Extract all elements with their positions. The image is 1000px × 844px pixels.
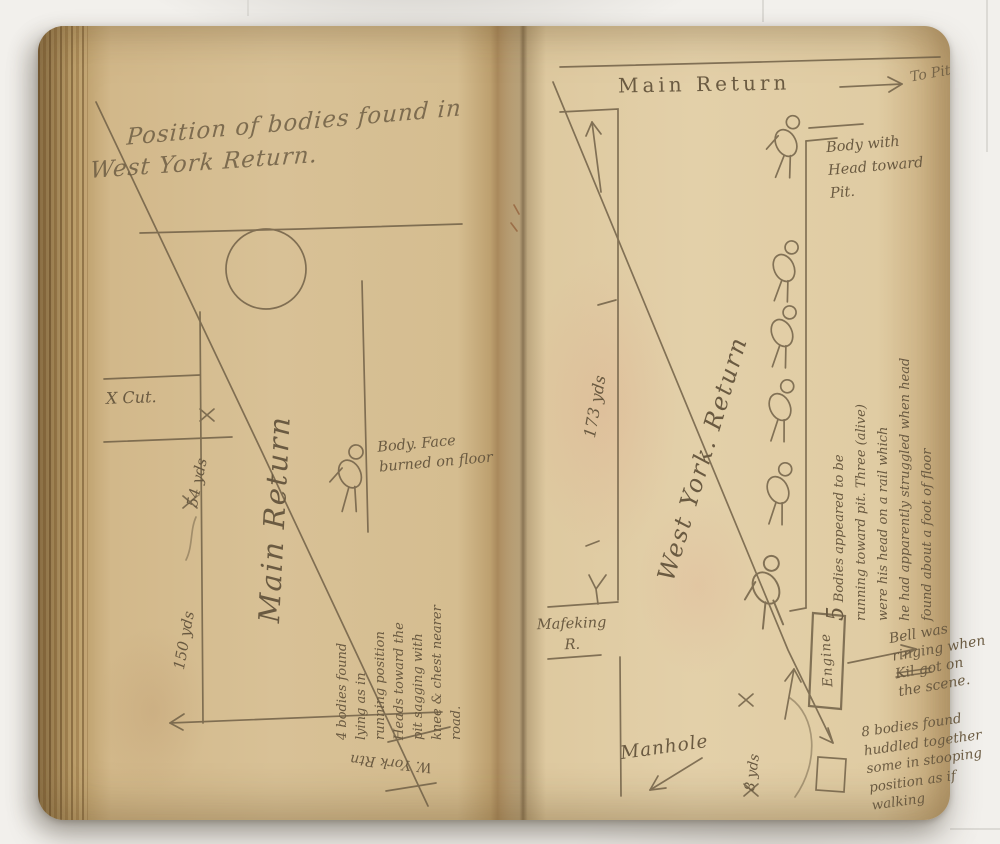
mafeking-label: Mafeking R.	[529, 613, 614, 658]
notebook-photo-scene: Position of bodies found in West York Re…	[0, 0, 1000, 844]
body-head-note: Body with Head toward Pit.	[825, 127, 946, 206]
body-figure-icon	[763, 115, 805, 180]
x-cut-label: X Cut.	[106, 387, 157, 408]
down-arrow-icon	[589, 575, 606, 604]
body-figure-icon	[762, 462, 797, 526]
eight-bodies-note: 8 bodies found huddled together some in …	[860, 705, 1000, 815]
curve-stroke	[790, 698, 812, 797]
engine-label: Engine	[818, 633, 837, 688]
bodies-found-note: 4 bodies found lying as in running posit…	[333, 505, 466, 740]
note-line: Mafeking	[529, 613, 614, 637]
note-line: road.	[447, 505, 466, 740]
page-top-rule	[560, 57, 940, 67]
note-line: knee & chest nearer	[428, 505, 447, 740]
manhole-box	[816, 757, 846, 792]
note-line: 4 bodies found	[333, 505, 352, 740]
shaft-circle	[226, 229, 306, 309]
note-line: Heads toward the	[390, 505, 409, 740]
five-bodies-note: 5 Bodies appeared to be running toward p…	[825, 291, 953, 621]
note-line: 5 Bodies appeared to be	[825, 291, 851, 621]
roadway-wall-line	[560, 109, 621, 796]
manhole-arrow-icon	[650, 758, 702, 790]
right-arrow-icon	[840, 77, 902, 92]
note-line: pit sagging with	[409, 505, 428, 740]
up-arrow-icon	[785, 669, 801, 719]
roadway-wall-line	[362, 281, 368, 532]
body-figure-icon	[766, 305, 800, 368]
note-line: were his head on a rail which	[873, 291, 895, 621]
roadway-wall-line	[200, 312, 203, 723]
note-line: lying as in	[352, 505, 371, 740]
note-line: he had apparently struggled when head	[895, 291, 917, 621]
title-underline	[140, 224, 462, 233]
x-cut-lines	[104, 375, 232, 442]
body-figure-icon	[764, 379, 799, 443]
note-line: found about a foot of floor	[917, 291, 939, 621]
binding-stitches	[511, 205, 519, 231]
note-line: R.	[530, 634, 615, 658]
body-figure-icon	[768, 240, 802, 302]
body-figure-icon	[325, 444, 371, 515]
note-line: running position	[371, 505, 390, 740]
note-line: running toward pit. Three (alive)	[851, 291, 873, 621]
main-return-label-right: Main Return	[618, 70, 791, 97]
